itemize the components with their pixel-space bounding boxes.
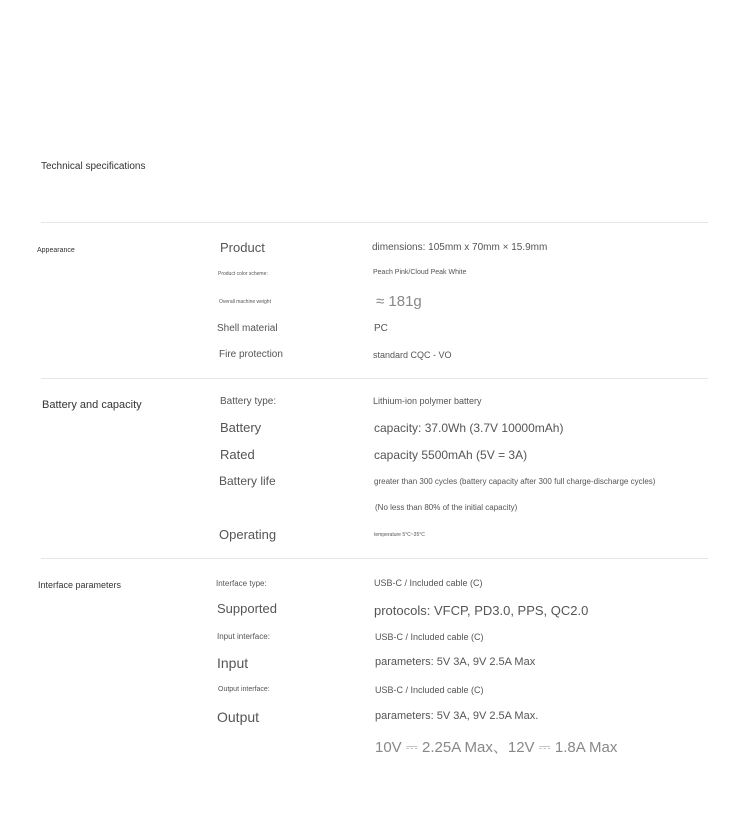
spec-label: Overall machine weight — [219, 299, 271, 305]
spec-label: Battery — [220, 420, 261, 435]
spec-label: Supported — [217, 601, 277, 616]
spec-label: Product color scheme: — [218, 271, 268, 277]
divider — [41, 378, 708, 379]
page-title: Technical specifications — [41, 161, 146, 172]
spec-label: Input interface: — [217, 632, 270, 641]
section-heading-battery: Battery and capacity — [42, 399, 142, 411]
spec-value: Lithium-ion polymer battery — [373, 396, 482, 406]
spec-label: Product — [220, 240, 265, 255]
spec-value: capacity: 37.0Wh (3.7V 10000mAh) — [374, 421, 563, 435]
spec-label: Fire protection — [219, 349, 283, 360]
spec-value: dimensions: 105mm x 70mm × 15.9mm — [372, 242, 547, 253]
spec-label: Shell material — [217, 323, 278, 334]
spec-value: 10V ⎓ 2.25A Max、12V ⎓ 1.8A Max — [375, 736, 617, 757]
spec-value: Peach Pink/Cloud Peak White — [373, 269, 466, 276]
spec-value: USB-C / Included cable (C) — [375, 685, 484, 695]
section-heading-appearance: Appearance — [37, 247, 75, 254]
spec-label: Operating — [219, 527, 276, 542]
spec-value: parameters: 5V 3A, 9V 2.5A Max. — [375, 710, 538, 722]
spec-value: PC — [374, 323, 388, 334]
spec-value: USB-C / Included cable (C) — [375, 632, 484, 642]
spec-value: (No less than 80% of the initial capacit… — [375, 503, 517, 512]
spec-value: greater than 300 cycles (battery capacit… — [374, 477, 655, 486]
divider — [41, 558, 708, 559]
spec-label: Input — [217, 655, 248, 671]
spec-value: parameters: 5V 3A, 9V 2.5A Max — [375, 656, 535, 668]
spec-label: Battery life — [219, 474, 276, 488]
spec-label: Rated — [220, 447, 255, 462]
spec-value: ≈ 181g — [376, 293, 422, 310]
spec-value: standard CQC - VO — [373, 350, 452, 360]
spec-value: protocols: VFCP, PD3.0, PPS, QC2.0 — [374, 603, 588, 618]
section-heading-interface: Interface parameters — [38, 580, 121, 590]
spec-value: capacity 5500mAh (5V = 3A) — [374, 448, 527, 462]
spec-value: USB-C / Included cable (C) — [374, 578, 483, 588]
spec-value: temperature 5°C~35°C — [374, 532, 425, 538]
spec-label: Battery type: — [220, 396, 276, 407]
spec-label: Interface type: — [216, 579, 267, 588]
spec-label: Output — [217, 709, 259, 725]
spec-label: Output interface: — [218, 686, 270, 693]
divider — [41, 222, 708, 223]
